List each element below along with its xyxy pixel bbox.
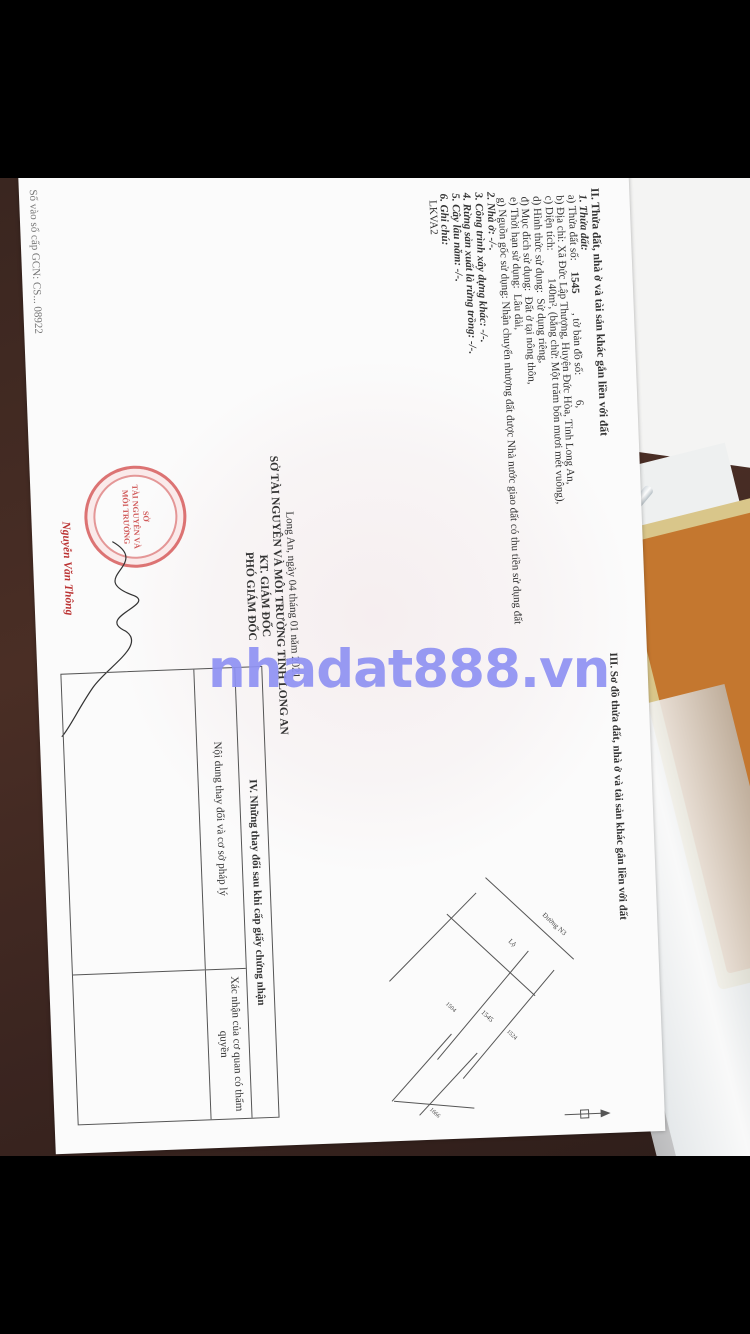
svg-text:1524: 1524 bbox=[505, 1029, 518, 1042]
changes-table: IV. Những thay đổi sau khi cấp giấy chứn… bbox=[60, 666, 279, 1125]
watermark: nhadat888.vn bbox=[208, 640, 609, 700]
north-arrow-icon bbox=[565, 1109, 611, 1119]
svg-text:1545: 1545 bbox=[479, 1008, 495, 1024]
column-authority-confirmation: Xác nhận của cơ quan có thẩm quyền bbox=[206, 969, 252, 1119]
section-land-parcel: II. Thửa đất, nhà ở và tài sản khác gắn … bbox=[425, 188, 617, 664]
svg-text:Đường N3: Đường N3 bbox=[541, 911, 569, 937]
svg-text:Lộ: Lộ bbox=[507, 937, 519, 948]
svg-text:1504: 1504 bbox=[444, 1001, 457, 1014]
svg-text:1666: 1666 bbox=[428, 1107, 441, 1120]
parcel-diagram: 1545 Lộ Đường N3 1504 1524 1666 bbox=[349, 708, 625, 1138]
registry-number: Số vào sổ cấp GCN: CS... 08922 bbox=[27, 189, 45, 334]
